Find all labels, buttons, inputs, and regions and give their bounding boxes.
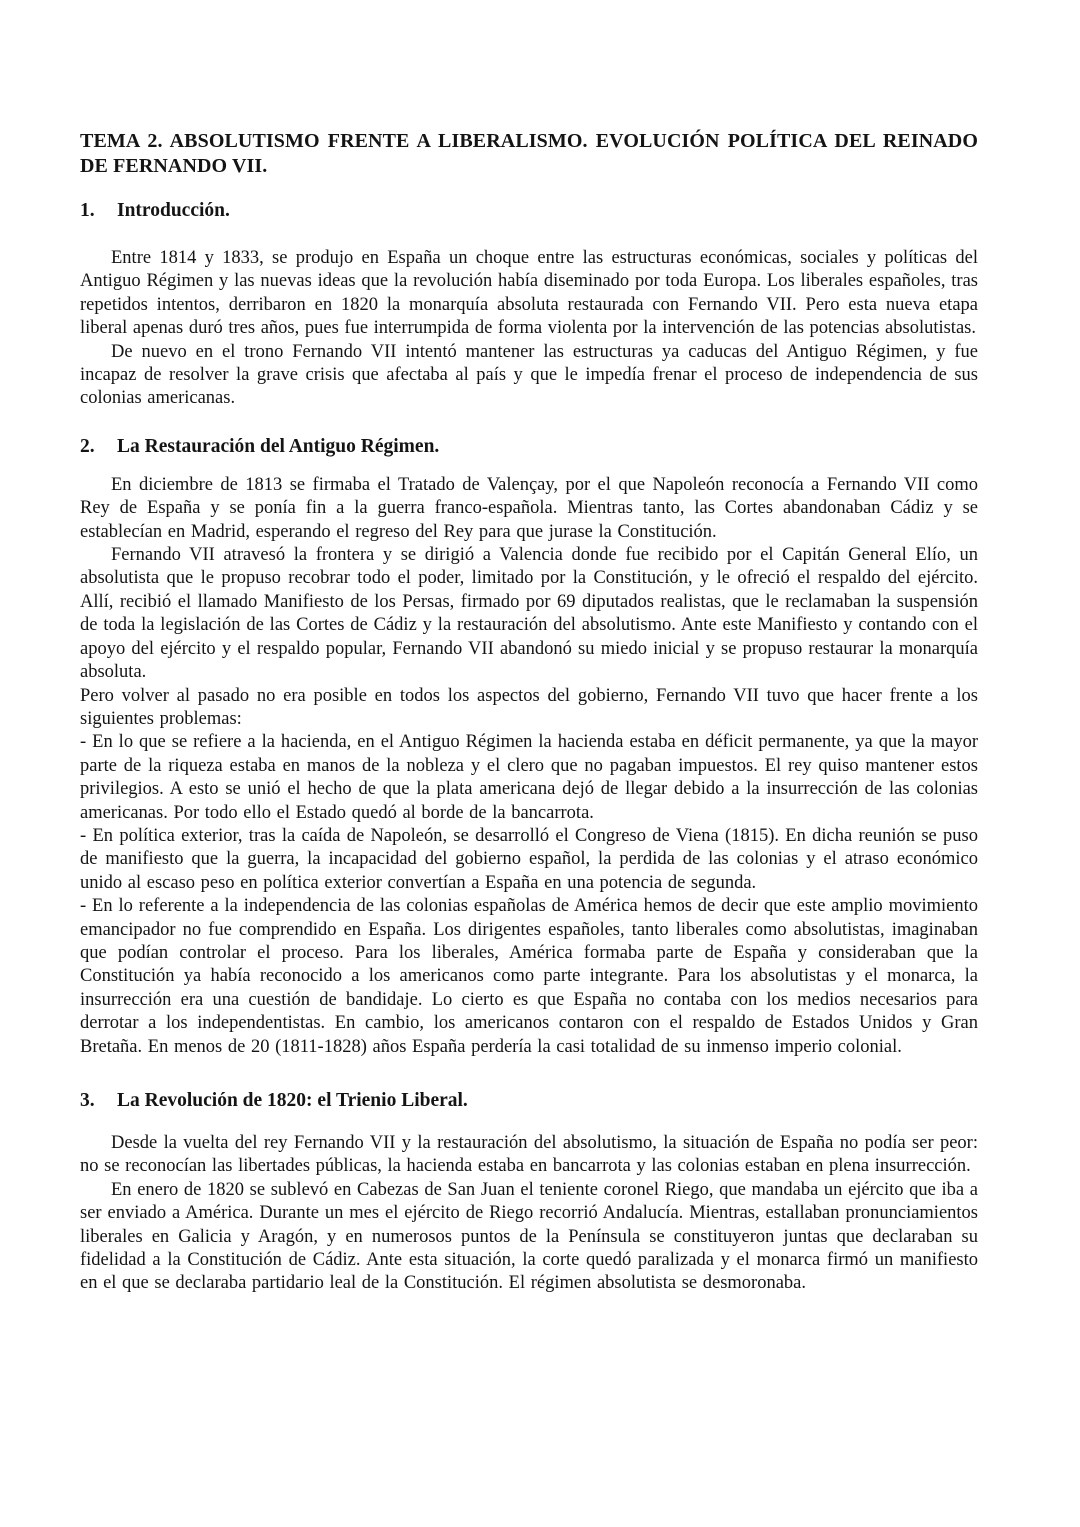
document-title-line-1: TEMA 2. ABSOLUTISMO FRENTE A LIBERALISMO… <box>80 129 978 154</box>
section-3-number: 3. <box>80 1089 117 1113</box>
section-2-heading: 2.La Restauración del Antiguo Régimen. <box>80 435 978 459</box>
paragraph: De nuevo en el trono Fernando VII intent… <box>80 341 978 411</box>
section-2-number: 2. <box>80 435 117 459</box>
paragraph: En diciembre de 1813 se firmaba el Trata… <box>80 474 978 544</box>
paragraph-list-item: - En política exterior, tras la caída de… <box>80 825 978 895</box>
document-title: TEMA 2. ABSOLUTISMO FRENTE A LIBERALISMO… <box>80 129 978 179</box>
section-1-number: 1. <box>80 199 117 223</box>
document-page: TEMA 2. ABSOLUTISMO FRENTE A LIBERALISMO… <box>0 0 1080 1527</box>
paragraph: Entre 1814 y 1833, se produjo en España … <box>80 247 978 341</box>
section-restauracion-antiguo-regimen: 2.La Restauración del Antiguo Régimen. E… <box>80 435 978 1059</box>
paragraph-list-item: - En lo que se refiere a la hacienda, en… <box>80 731 978 825</box>
paragraph: Desde la vuelta del rey Fernando VII y l… <box>80 1132 978 1179</box>
paragraph: Fernando VII atravesó la frontera y se d… <box>80 544 978 684</box>
section-3-title: La Revolución de 1820: el Trienio Libera… <box>117 1090 468 1111</box>
paragraph: Pero volver al pasado no era posible en … <box>80 685 978 732</box>
section-2-title: La Restauración del Antiguo Régimen. <box>117 436 439 457</box>
section-revolucion-1820: 3.La Revolución de 1820: el Trienio Libe… <box>80 1089 978 1296</box>
section-1-title: Introducción. <box>117 200 230 221</box>
section-introduccion: 1.Introducción. Entre 1814 y 1833, se pr… <box>80 199 978 411</box>
section-3-heading: 3.La Revolución de 1820: el Trienio Libe… <box>80 1089 978 1113</box>
section-1-heading: 1.Introducción. <box>80 199 978 223</box>
document-title-line-2: DE FERNANDO VII. <box>80 154 978 179</box>
paragraph: En enero de 1820 se sublevó en Cabezas d… <box>80 1179 978 1296</box>
paragraph-list-item: - En lo referente a la independencia de … <box>80 895 978 1059</box>
